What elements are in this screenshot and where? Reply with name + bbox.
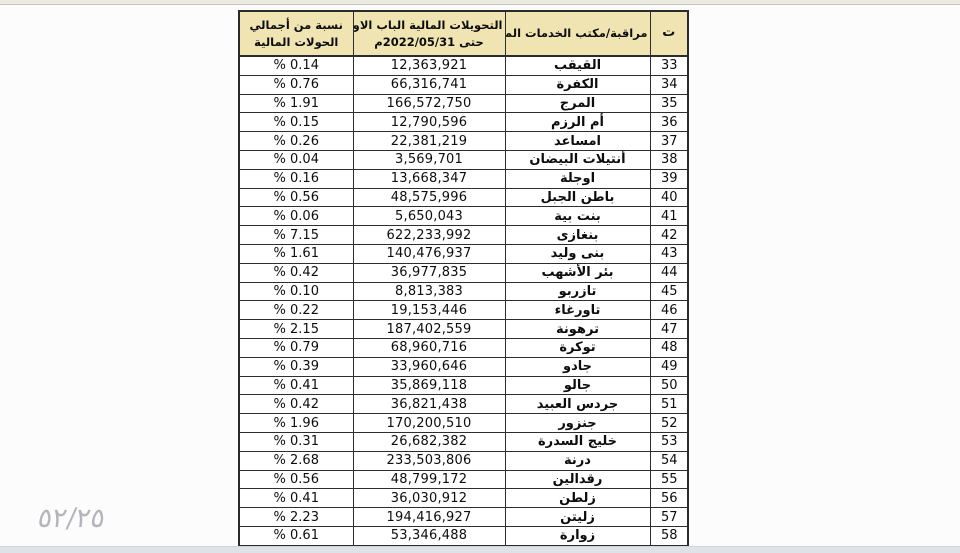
transfer-amount: 19,153,446 xyxy=(353,301,505,320)
transfer-amount: 12,363,921 xyxy=(353,56,505,75)
photo-top-edge xyxy=(0,0,960,5)
table-row: 43 بنى وليد 140,476,937 % 1.61 xyxy=(239,245,688,264)
table-row: 48 توكرة 68,960,716 % 0.79 xyxy=(239,338,688,357)
table-row: 47 ترهونة 187,402,559 % 2.15 xyxy=(239,320,688,339)
transfer-amount: 166,572,750 xyxy=(353,94,505,113)
row-number: 52 xyxy=(650,414,688,433)
transfer-amount: 194,416,927 xyxy=(353,508,505,527)
table-row: 56 زلطن 36,030,912 % 0.41 xyxy=(239,489,688,508)
office-name: خليج السدرة xyxy=(505,432,650,451)
office-name: توكرة xyxy=(505,338,650,357)
table-row: 51 جردس العبيد 36,821,438 % 0.42 xyxy=(239,395,688,414)
header-transfers-line2: حتى 2022/05/31م xyxy=(356,34,503,51)
transfer-amount: 36,977,835 xyxy=(353,263,505,282)
header-office: مراقبة/مكتب الخدمات المالية xyxy=(505,11,650,56)
table-row: 57 زليتن 194,416,927 % 2.23 xyxy=(239,508,688,527)
table-row: 42 بنغازى 622,233,992 % 7.15 xyxy=(239,226,688,245)
transfer-amount: 26,682,382 xyxy=(353,432,505,451)
office-name: ترهونة xyxy=(505,320,650,339)
office-name: اوجلة xyxy=(505,169,650,188)
percent-value: % 0.41 xyxy=(239,376,353,395)
transfer-amount: 187,402,559 xyxy=(353,320,505,339)
transfer-amount: 36,821,438 xyxy=(353,395,505,414)
office-name: جنزور xyxy=(505,414,650,433)
office-name: درنة xyxy=(505,451,650,470)
row-number: 36 xyxy=(650,113,688,132)
office-name: بنت بية xyxy=(505,207,650,226)
percent-value: % 0.79 xyxy=(239,338,353,357)
table-row: 52 جنزور 170,200,510 % 1.96 xyxy=(239,414,688,433)
row-number: 35 xyxy=(650,94,688,113)
office-name: زليتن xyxy=(505,508,650,527)
row-number: 42 xyxy=(650,226,688,245)
table-row: 53 خليج السدرة 26,682,382 % 0.31 xyxy=(239,432,688,451)
transfer-amount: 140,476,937 xyxy=(353,245,505,264)
table-row: 34 الكفرة 66,316,741 % 0.76 xyxy=(239,75,688,94)
office-name: تازربو xyxy=(505,282,650,301)
row-number: 57 xyxy=(650,508,688,527)
percent-value: % 0.31 xyxy=(239,432,353,451)
header-transfers-line1: التحويلات المالية الباب الاول xyxy=(356,17,503,34)
row-number: 56 xyxy=(650,489,688,508)
table-row: 46 تاورغاء 19,153,446 % 0.22 xyxy=(239,301,688,320)
table-row: 41 بنت بية 5,650,043 % 0.06 xyxy=(239,207,688,226)
table-header: ت مراقبة/مكتب الخدمات المالية التحويلات … xyxy=(239,11,688,56)
office-name: الكفرة xyxy=(505,75,650,94)
transfer-amount: 35,869,118 xyxy=(353,376,505,395)
header-index: ت xyxy=(650,11,688,56)
document-photo: { "page": { "watermark": "٥٢/٢٥" }, "tab… xyxy=(0,0,960,553)
percent-value: % 0.42 xyxy=(239,263,353,282)
office-name: بنغازى xyxy=(505,226,650,245)
row-number: 46 xyxy=(650,301,688,320)
row-number: 33 xyxy=(650,56,688,75)
table-row: 54 درنة 233,503,806 % 2.68 xyxy=(239,451,688,470)
transfer-amount: 12,790,596 xyxy=(353,113,505,132)
table-row: 35 المرج 166,572,750 % 1.91 xyxy=(239,94,688,113)
transfer-amount: 622,233,992 xyxy=(353,226,505,245)
office-name: تاورغاء xyxy=(505,301,650,320)
office-name: بئر الأشهب xyxy=(505,263,650,282)
row-number: 39 xyxy=(650,169,688,188)
percent-value: % 0.76 xyxy=(239,75,353,94)
transfer-amount: 22,381,219 xyxy=(353,132,505,151)
transfer-amount: 233,503,806 xyxy=(353,451,505,470)
office-name: بنى وليد xyxy=(505,245,650,264)
header-percent-line1: نسبة من أجمالي xyxy=(242,17,351,34)
percent-value: % 0.26 xyxy=(239,132,353,151)
header-transfers: التحويلات المالية الباب الاول حتى 2022/0… xyxy=(353,11,505,56)
transfer-amount: 13,668,347 xyxy=(353,169,505,188)
percent-value: % 7.15 xyxy=(239,226,353,245)
table-row: 36 أم الرزم 12,790,596 % 0.15 xyxy=(239,113,688,132)
row-number: 34 xyxy=(650,75,688,94)
office-name: باطن الجبل xyxy=(505,188,650,207)
row-number: 49 xyxy=(650,357,688,376)
percent-value: % 0.61 xyxy=(239,526,353,546)
office-name: زلطن xyxy=(505,489,650,508)
transfer-amount: 36,030,912 xyxy=(353,489,505,508)
table-row: 39 اوجلة 13,668,347 % 0.16 xyxy=(239,169,688,188)
table-row: 33 القيقب 12,363,921 % 0.14 xyxy=(239,56,688,75)
percent-value: % 0.04 xyxy=(239,151,353,170)
row-number: 40 xyxy=(650,188,688,207)
office-name: جالو xyxy=(505,376,650,395)
percent-value: % 0.16 xyxy=(239,169,353,188)
percent-value: % 0.06 xyxy=(239,207,353,226)
row-number: 43 xyxy=(650,245,688,264)
table-body: 33 القيقب 12,363,921 % 0.14 34 الكفرة 66… xyxy=(239,56,688,546)
percent-value: % 0.10 xyxy=(239,282,353,301)
transfer-amount: 53,346,488 xyxy=(353,526,505,546)
table-row: 44 بئر الأشهب 36,977,835 % 0.42 xyxy=(239,263,688,282)
office-name: أنتيلات البيضان xyxy=(505,151,650,170)
header-row: ت مراقبة/مكتب الخدمات المالية التحويلات … xyxy=(239,11,688,56)
percent-value: % 0.39 xyxy=(239,357,353,376)
table-row: 58 زوارة 53,346,488 % 0.61 xyxy=(239,526,688,546)
header-percent: نسبة من أجمالي الحولات المالية xyxy=(239,11,353,56)
percent-value: % 2.23 xyxy=(239,508,353,527)
row-number: 47 xyxy=(650,320,688,339)
table-row: 49 جادو 33,960,646 % 0.39 xyxy=(239,357,688,376)
percent-value: % 0.14 xyxy=(239,56,353,75)
row-number: 53 xyxy=(650,432,688,451)
office-name: امساعد xyxy=(505,132,650,151)
office-name: زوارة xyxy=(505,526,650,546)
percent-value: % 0.56 xyxy=(239,188,353,207)
row-number: 54 xyxy=(650,451,688,470)
office-name: جردس العبيد xyxy=(505,395,650,414)
office-name: المرج xyxy=(505,94,650,113)
transfer-amount: 48,575,996 xyxy=(353,188,505,207)
table-row: 50 جالو 35,869,118 % 0.41 xyxy=(239,376,688,395)
office-name: القيقب xyxy=(505,56,650,75)
photo-bottom-edge xyxy=(0,546,960,553)
transfer-amount: 170,200,510 xyxy=(353,414,505,433)
row-number: 48 xyxy=(650,338,688,357)
percent-value: % 0.56 xyxy=(239,470,353,489)
table-row: 37 امساعد 22,381,219 % 0.26 xyxy=(239,132,688,151)
transfer-amount: 33,960,646 xyxy=(353,357,505,376)
percent-value: % 1.61 xyxy=(239,245,353,264)
transfer-amount: 68,960,716 xyxy=(353,338,505,357)
transfer-amount: 8,813,383 xyxy=(353,282,505,301)
row-number: 41 xyxy=(650,207,688,226)
percent-value: % 0.22 xyxy=(239,301,353,320)
row-number: 55 xyxy=(650,470,688,489)
percent-value: % 0.42 xyxy=(239,395,353,414)
table-row: 55 رقدالين 48,799,172 % 0.56 xyxy=(239,470,688,489)
office-name: جادو xyxy=(505,357,650,376)
row-number: 51 xyxy=(650,395,688,414)
row-number: 37 xyxy=(650,132,688,151)
table-row: 45 تازربو 8,813,383 % 0.10 xyxy=(239,282,688,301)
financial-transfers-table: ت مراقبة/مكتب الخدمات المالية التحويلات … xyxy=(238,10,689,547)
transfer-amount: 66,316,741 xyxy=(353,75,505,94)
row-number: 45 xyxy=(650,282,688,301)
row-number: 58 xyxy=(650,526,688,546)
page-number-watermark: ٥٢/٢٥ xyxy=(36,503,107,534)
row-number: 44 xyxy=(650,263,688,282)
office-name: أم الرزم xyxy=(505,113,650,132)
percent-value: % 1.91 xyxy=(239,94,353,113)
transfer-amount: 48,799,172 xyxy=(353,470,505,489)
row-number: 38 xyxy=(650,151,688,170)
percent-value: % 1.96 xyxy=(239,414,353,433)
transfer-amount: 5,650,043 xyxy=(353,207,505,226)
percent-value: % 0.41 xyxy=(239,489,353,508)
table-row: 38 أنتيلات البيضان 3,569,701 % 0.04 xyxy=(239,151,688,170)
percent-value: % 2.15 xyxy=(239,320,353,339)
row-number: 50 xyxy=(650,376,688,395)
header-percent-line2: الحولات المالية xyxy=(242,34,351,51)
percent-value: % 0.15 xyxy=(239,113,353,132)
table-row: 40 باطن الجبل 48,575,996 % 0.56 xyxy=(239,188,688,207)
transfer-amount: 3,569,701 xyxy=(353,151,505,170)
percent-value: % 2.68 xyxy=(239,451,353,470)
office-name: رقدالين xyxy=(505,470,650,489)
